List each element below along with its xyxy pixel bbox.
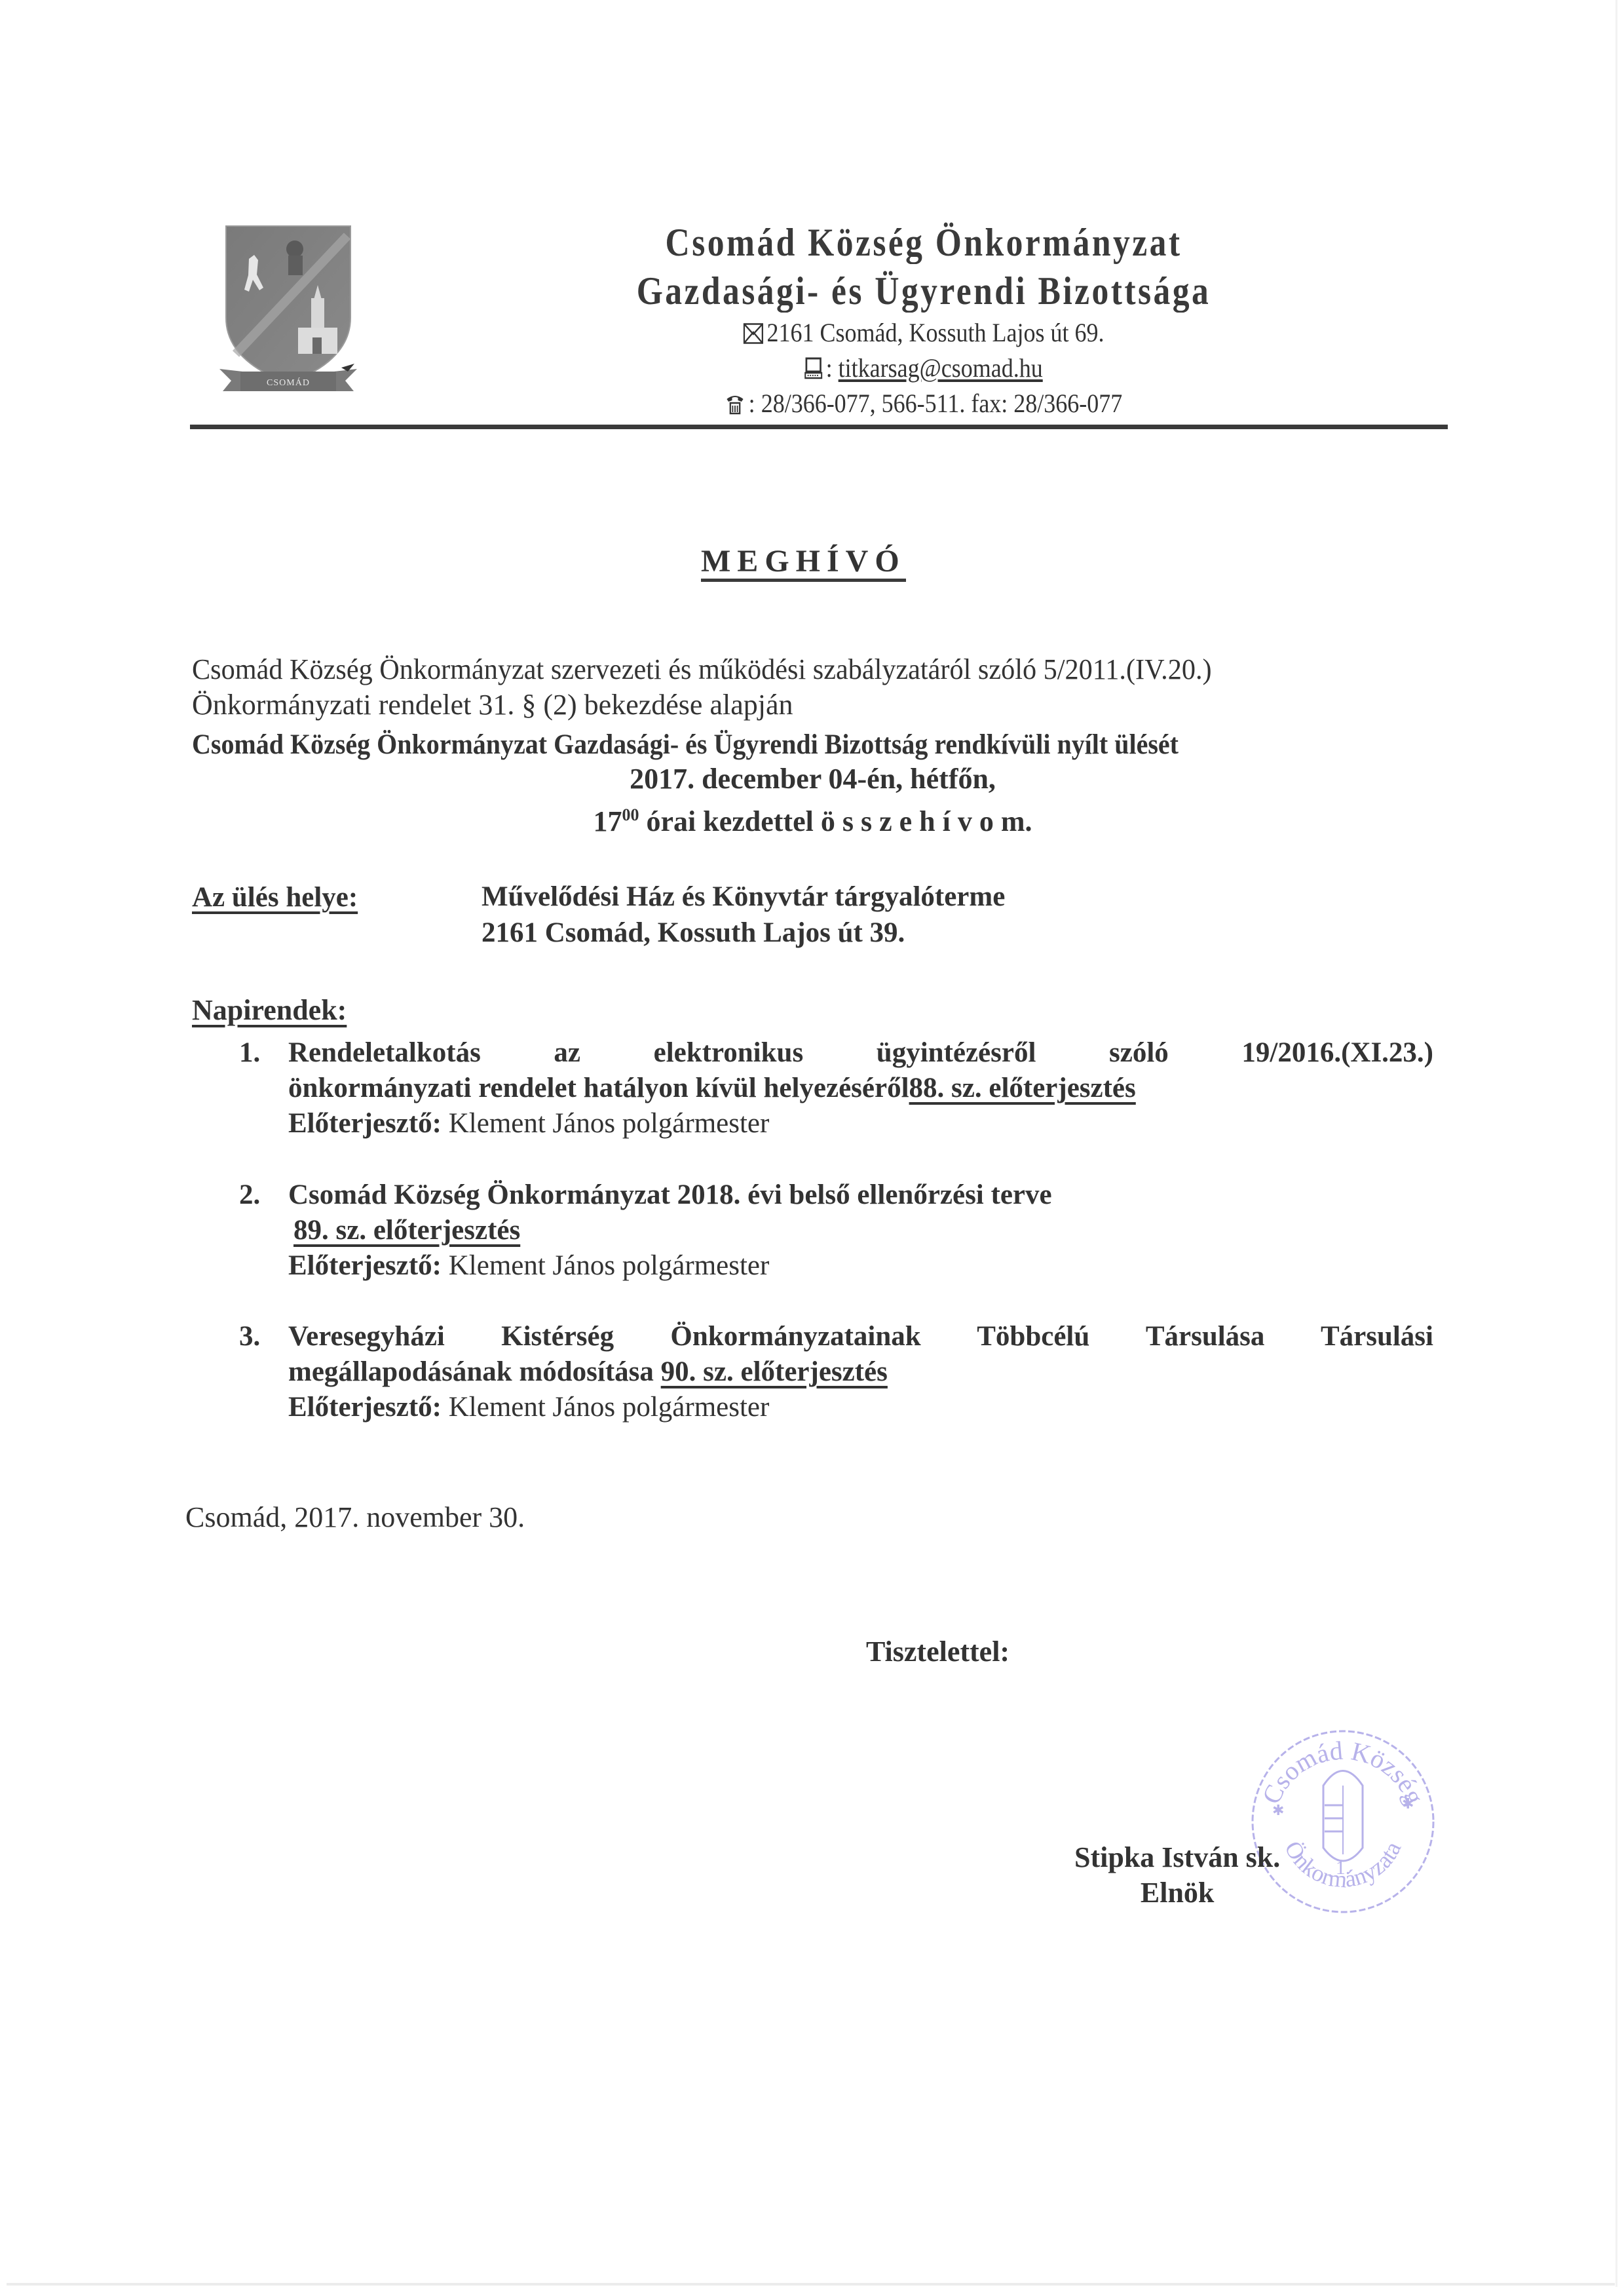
computer-icon: [804, 357, 822, 379]
email-link[interactable]: titkarsag@csomad.hu: [839, 353, 1043, 383]
signer-role: Elnök: [1074, 1875, 1280, 1911]
header-divider: [190, 425, 1448, 429]
agenda-item-title: Csomád Község Önkormányzat 2018. évi bel…: [288, 1177, 1433, 1213]
agenda-item-number: 2.: [239, 1177, 260, 1213]
header-phone: : 28/366-077, 566-511. fax: 28/366-077: [446, 391, 1401, 417]
signature-block: Stipka István sk. Elnök: [1074, 1840, 1280, 1911]
address-text: 2161 Csomád, Kossuth Lajos út 69.: [766, 318, 1104, 347]
venue-address: 2161 Csomád, Kossuth Lajos út 39.: [482, 915, 905, 951]
intro-line1: Csomád Község Önkormányzat szervezeti és…: [192, 652, 1384, 687]
agenda-item-number: 3.: [239, 1319, 260, 1354]
header-email: : titkarsag@csomad.hu: [446, 355, 1401, 381]
proposal-link[interactable]: 89. sz. előterjesztés: [293, 1215, 520, 1246]
header-address: 2161 Csomád, Kossuth Lajos út 69.: [446, 320, 1401, 346]
agenda-label: Napirendek:: [192, 993, 347, 1027]
svg-text:1.: 1.: [1336, 1857, 1351, 1879]
document-title: MEGHÍVÓ: [701, 546, 906, 582]
proposal-link[interactable]: 90. sz. előterjesztés: [661, 1356, 888, 1387]
meeting-date: 2017. december 04-én, hétfőn,: [192, 761, 1433, 797]
venue-name: Művelődési Ház és Könyvtár tárgyalóterme: [482, 879, 1005, 915]
agenda-item-number: 1.: [239, 1035, 260, 1071]
place-and-date: Csomád, 2017. november 30.: [185, 1501, 525, 1534]
scan-edge: [1615, 0, 1617, 2287]
agenda-item-presenter: Előterjesztő: Klement János polgármester: [288, 1248, 1433, 1284]
svg-text:CSOMÁD: CSOMÁD: [267, 377, 310, 388]
venue-label: Az ülés helye:: [192, 881, 358, 913]
meeting-description: Csomád Község Önkormányzat Gazdasági- és…: [192, 727, 1435, 763]
org-name-line1: Csomád Község Önkormányzat: [467, 223, 1380, 262]
signer-name: Stipka István sk.: [1074, 1840, 1280, 1875]
agenda-item-title: Rendeletalkotás az elektronikus ügyintéz…: [288, 1035, 1433, 1071]
municipal-crest-icon: CSOMÁD: [219, 220, 357, 396]
envelope-icon: [743, 323, 763, 344]
svg-text:✱: ✱: [1272, 1803, 1284, 1819]
scan-edge: [7, 2283, 1615, 2286]
telephone-icon: [725, 392, 746, 415]
svg-text:✱: ✱: [1402, 1796, 1414, 1812]
meeting-time: 1700 órai kezdettel ö s s z e h í v o m.: [192, 797, 1433, 839]
agenda-item-presenter: Előterjesztő: Klement János polgármester: [288, 1390, 1433, 1425]
agenda-item-title: Veresegyházi Kistérség Önkormányzatainak…: [288, 1319, 1433, 1354]
phone-text: : 28/366-077, 566-511. fax: 28/366-077: [749, 389, 1123, 418]
agenda-item-title-cont: önkormányzati rendelet hatályon kívül he…: [288, 1071, 1433, 1106]
org-name-line2: Gazdasági- és Ügyrendi Bizottsága: [467, 271, 1380, 311]
proposal-link[interactable]: 88. sz. előterjesztés: [909, 1073, 1136, 1103]
agenda-item-presenter: Előterjesztő: Klement János polgármester: [288, 1106, 1433, 1141]
intro-line2: Önkormányzati rendelet 31. § (2) bekezdé…: [192, 687, 1433, 723]
closing-salutation: Tisztelettel:: [866, 1635, 1010, 1668]
